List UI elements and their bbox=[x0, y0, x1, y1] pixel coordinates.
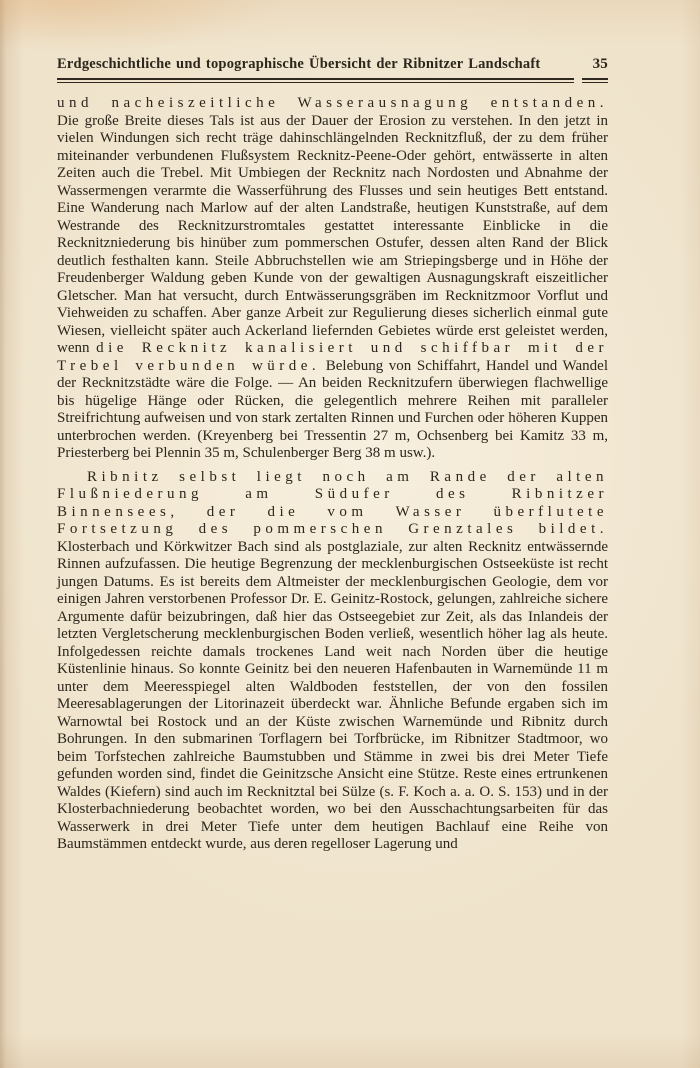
header-rule-row bbox=[57, 78, 608, 83]
page-number: 35 bbox=[582, 56, 608, 73]
running-head-title: Erdgeschichtliche und topographische Übe… bbox=[57, 56, 582, 73]
body-paragraph: Ribnitz selbst liegt noch am Rande der a… bbox=[57, 469, 608, 854]
running-head: Erdgeschichtliche und topographische Übe… bbox=[57, 56, 608, 73]
header-double-rule bbox=[57, 78, 574, 83]
emphasized-text-segment: und nacheiszeitliche Wasserausnagung ent… bbox=[57, 95, 608, 111]
emphasized-text-segment: Ribnitz selbst liegt noch am Rande der a… bbox=[57, 469, 608, 538]
body-paragraph: und nacheiszeitliche Wasserausnagung ent… bbox=[57, 95, 608, 463]
page-content: Erdgeschichtliche und topographische Übe… bbox=[57, 56, 608, 854]
text-block: und nacheiszeitliche Wasserausnagung ent… bbox=[57, 95, 608, 854]
text-segment: Klosterbach und Körkwitzer Bach sind als… bbox=[57, 539, 608, 853]
page-number-double-rule bbox=[582, 78, 608, 83]
book-page-scan: Erdgeschichtliche und topographische Übe… bbox=[0, 0, 700, 1068]
text-segment: Die große Breite dieses Tals ist aus der… bbox=[57, 113, 608, 357]
